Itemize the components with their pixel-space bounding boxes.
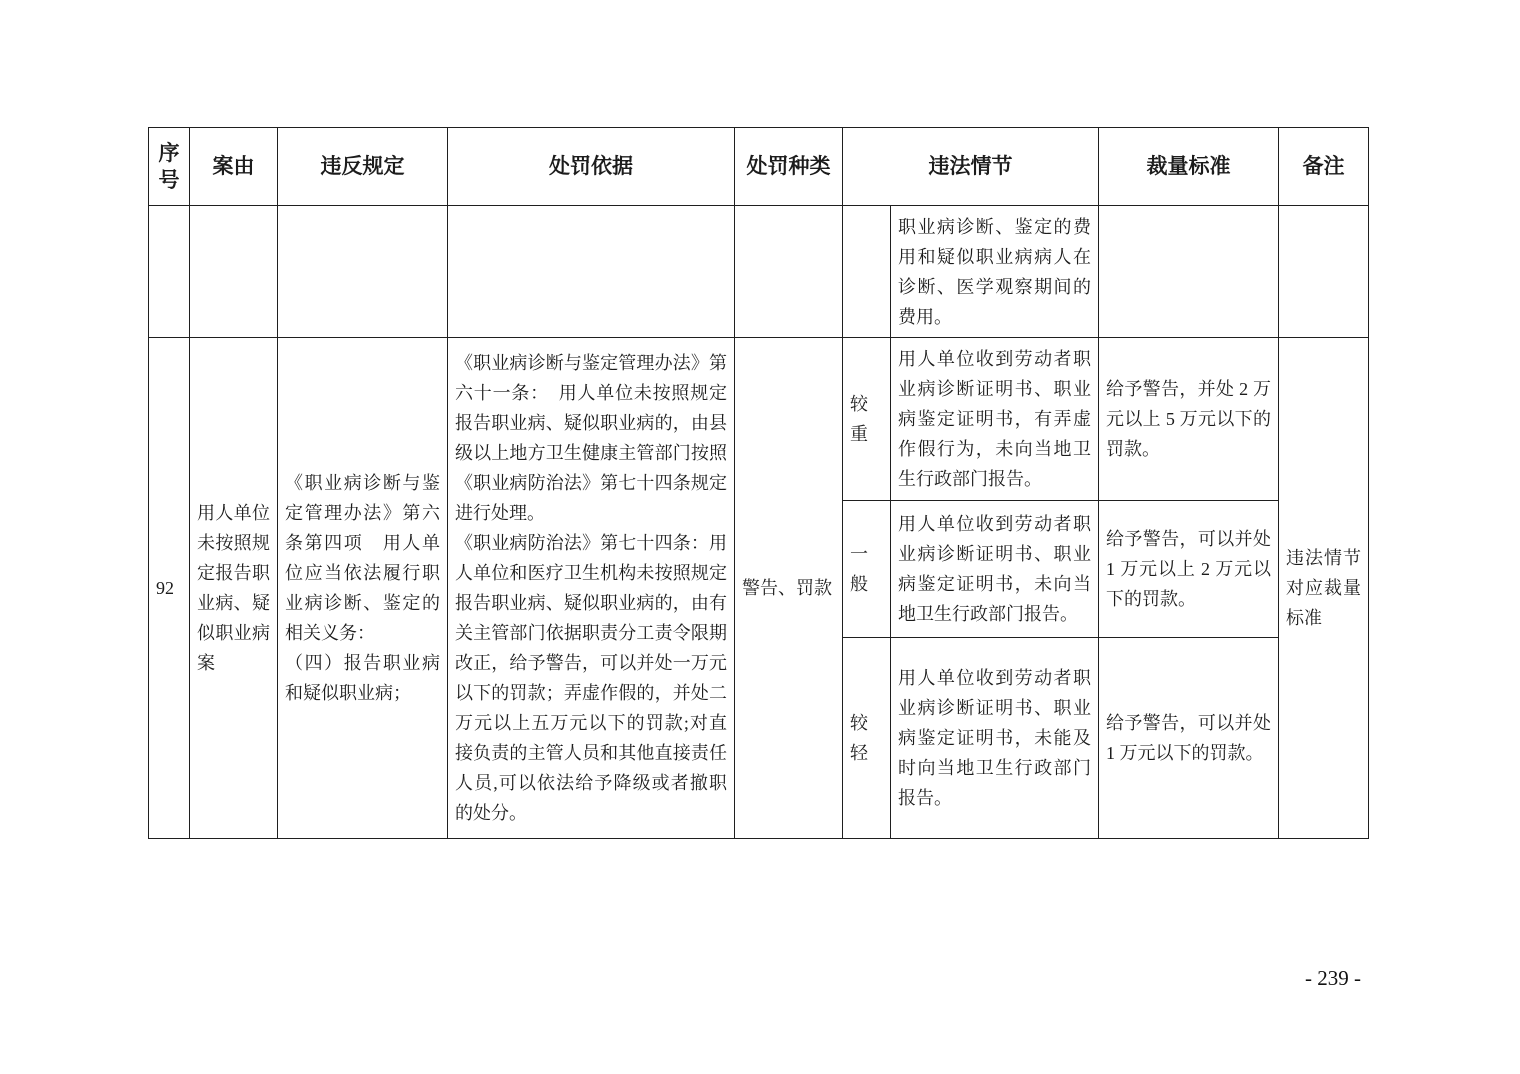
col-header-note: 备注	[1279, 128, 1369, 206]
header-row: 序号 案由 违反规定 处罚依据 处罚种类 违法情节 裁量标准 备注	[149, 128, 1369, 206]
cell-penalty-type: 警告、罚款	[735, 338, 843, 839]
cell-case: 用人单位未按照规定报告职业病、疑似职业病案	[190, 338, 278, 839]
empty-cell-violation	[278, 206, 448, 338]
cell-standard: 给予警告，可以并处 1 万元以上 2 万元以下的罚款。	[1099, 501, 1279, 638]
carryover-row: 职业病诊断、鉴定的费用和疑似职业病病人在诊断、医学观察期间的费用。	[149, 206, 1369, 338]
cell-standard: 给予警告，可以并处 1 万元以下的罚款。	[1099, 638, 1279, 839]
cell-circumstance: 用人单位收到劳动者职业病诊断证明书、职业病鉴定证明书，未向当地卫生行政部门报告。	[891, 501, 1099, 638]
cell-circumstance: 用人单位收到劳动者职业病诊断证明书、职业病鉴定证明书，未能及时向当地卫生行政部门…	[891, 638, 1099, 839]
col-header-case: 案由	[190, 128, 278, 206]
cell-severity: 较重	[843, 338, 891, 501]
cell-violation: 《职业病诊断与鉴定管理办法》第六条第四项 用人单位应当依法履行职业病诊断、鉴定的…	[278, 338, 448, 839]
col-header-standard: 裁量标准	[1099, 128, 1279, 206]
empty-cell-standard	[1099, 206, 1279, 338]
penalty-discretion-table: 序号 案由 违反规定 处罚依据 处罚种类 违法情节 裁量标准 备注 职业病诊断、…	[148, 127, 1369, 839]
col-header-violation: 违反规定	[278, 128, 448, 206]
cell-severity: 较轻	[843, 638, 891, 839]
row-92-sub-severe: 92 用人单位未按照规定报告职业病、疑似职业病案 《职业病诊断与鉴定管理办法》第…	[149, 338, 1369, 501]
empty-cell-case	[190, 206, 278, 338]
cell-no: 92	[149, 338, 190, 839]
cell-standard: 给予警告，并处 2 万元以上 5 万元以下的罚款。	[1099, 338, 1279, 501]
col-header-penalty-type: 处罚种类	[735, 128, 843, 206]
empty-cell-no	[149, 206, 190, 338]
col-header-circumstance: 违法情节	[843, 128, 1099, 206]
carryover-circumstance-cell: 职业病诊断、鉴定的费用和疑似职业病病人在诊断、医学观察期间的费用。	[891, 206, 1099, 338]
cell-circumstance: 用人单位收到劳动者职业病诊断证明书、职业病鉴定证明书，有弄虚作假行为，未向当地卫…	[891, 338, 1099, 501]
cell-basis: 《职业病诊断与鉴定管理办法》第六十一条： 用人单位未按照规定报告职业病、疑似职业…	[448, 338, 735, 839]
cell-severity: 一般	[843, 501, 891, 638]
empty-cell-note	[1279, 206, 1369, 338]
empty-cell-severity	[843, 206, 891, 338]
page-number: - 239 -	[1305, 966, 1361, 991]
empty-cell-basis	[448, 206, 735, 338]
document-page: 序号 案由 违反规定 处罚依据 处罚种类 违法情节 裁量标准 备注 职业病诊断、…	[0, 0, 1520, 1074]
cell-note: 违法情节对应裁量标准	[1279, 338, 1369, 839]
col-header-no: 序号	[149, 128, 190, 206]
col-header-basis: 处罚依据	[448, 128, 735, 206]
empty-cell-penalty-type	[735, 206, 843, 338]
